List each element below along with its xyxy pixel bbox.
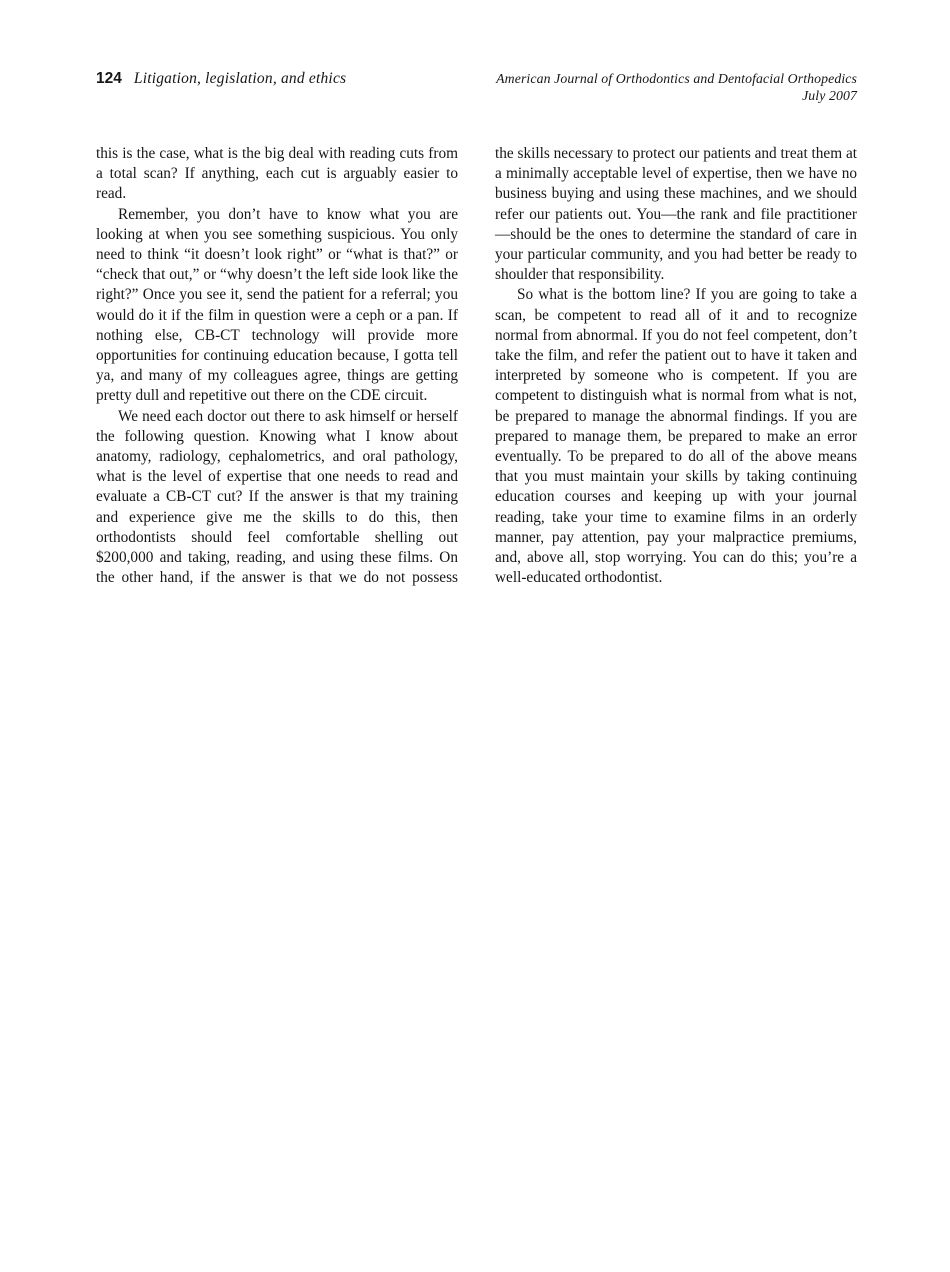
right-column: the skills necessary to protect our pati… [495, 144, 857, 588]
paragraph-bottom-line: So what is the bottom line? If you are g… [495, 285, 857, 588]
running-header-left: 124Litigation, legislation, and ethics [96, 70, 346, 87]
paragraph-continuation-from-previous-page: this is the case, what is the big deal w… [96, 144, 458, 205]
left-column: this is the case, what is the big deal w… [96, 144, 458, 588]
issue-date: July 2007 [496, 88, 857, 105]
running-title: Litigation, legislation, and ethics [134, 70, 346, 87]
running-header-right: American Journal of Orthodontics and Den… [496, 71, 857, 104]
paragraph-remember: Remember, you don’t have to know what yo… [96, 205, 458, 407]
journal-name: American Journal of Orthodontics and Den… [496, 71, 857, 88]
paragraph-continuation-the-skills: the skills necessary to protect our pati… [495, 144, 857, 285]
page-number: 124 [96, 70, 122, 87]
journal-page: 124Litigation, legislation, and ethics A… [0, 0, 950, 1272]
paragraph-we-need-each-doctor: We need each doctor out there to ask him… [96, 407, 458, 589]
